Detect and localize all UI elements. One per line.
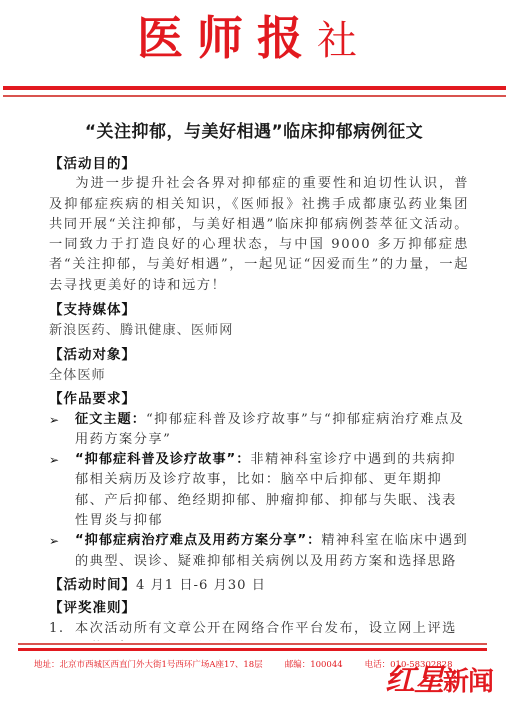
masthead-name: 医师报 <box>137 11 317 65</box>
watermark-logo: 红星新闻 <box>385 655 493 699</box>
requirement-item: ➢ “抑郁症科普及诊疗故事”：非精神科室诊疗中遇到的共病抑郁相关病历及诊疗故事，… <box>49 450 469 531</box>
section-heading-purpose: 【活动目的】 <box>49 154 469 174</box>
section-heading-judging: 【评奖准则】 <box>49 598 469 618</box>
masthead-suffix: 社 <box>317 18 371 64</box>
item-number: 1. <box>49 619 65 639</box>
arrow-bullet-icon: ➢ <box>49 410 61 430</box>
requirement-label: 征文主题： <box>75 412 146 427</box>
audience-text: 全体医师 <box>49 366 469 386</box>
arrow-bullet-icon: ➢ <box>49 531 61 551</box>
requirement-item: ➢ “抑郁症病治疗难点及用药方案分享”：精神科室在临床中遇到的典型、误诊、疑难抑… <box>49 531 469 572</box>
arrow-bullet-icon: ➢ <box>49 450 61 470</box>
requirement-label: “抑郁症病治疗难点及用药方案分享”： <box>75 533 321 548</box>
footer-address: 地址：北京市西城区西直门外大街1号西环广场A座17、18层 <box>34 660 263 670</box>
header-rule-thick <box>3 86 506 90</box>
activity-time-row: 【活动时间】4 月1 日-6 月30 日 <box>49 575 469 596</box>
purpose-paragraph: 为进一步提升社会各界对抑郁症的重要性和迫切性认识，普及抑郁症疾病的相关知识，《医… <box>49 174 469 296</box>
masthead-logo: 医师报社 <box>0 8 508 71</box>
section-heading-media: 【支持媒体】 <box>49 300 469 320</box>
footer-rule-thin <box>18 643 487 645</box>
header-rule-thin <box>3 95 506 97</box>
section-heading-requirements: 【作品要求】 <box>49 389 469 409</box>
activity-time-value: 4 月1 日-6 月30 日 <box>136 578 266 593</box>
requirement-label: “抑郁症科普及诊疗故事”： <box>75 452 250 467</box>
document-body: 【活动目的】 为进一步提升社会各界对抑郁症的重要性和迫切性认识，普及抑郁症疾病的… <box>49 154 469 679</box>
section-heading-time: 【活动时间】 <box>49 577 136 593</box>
footer-rule-thick <box>18 648 487 651</box>
requirement-item: ➢ 征文主题：“抑郁症科普及诊疗故事”与“抑郁症病治疗难点及用药方案分享” <box>49 410 469 451</box>
footer-postcode: 邮编：100044 <box>285 660 343 670</box>
watermark-part1: 红星 <box>385 663 443 698</box>
document-title: “关注抑郁，与美好相遇”临床抑郁病例征文 <box>0 117 508 142</box>
watermark-part2: 新闻 <box>443 667 493 697</box>
media-list: 新浪医药、腾讯健康、医师网 <box>49 321 469 341</box>
section-heading-audience: 【活动对象】 <box>49 345 469 365</box>
